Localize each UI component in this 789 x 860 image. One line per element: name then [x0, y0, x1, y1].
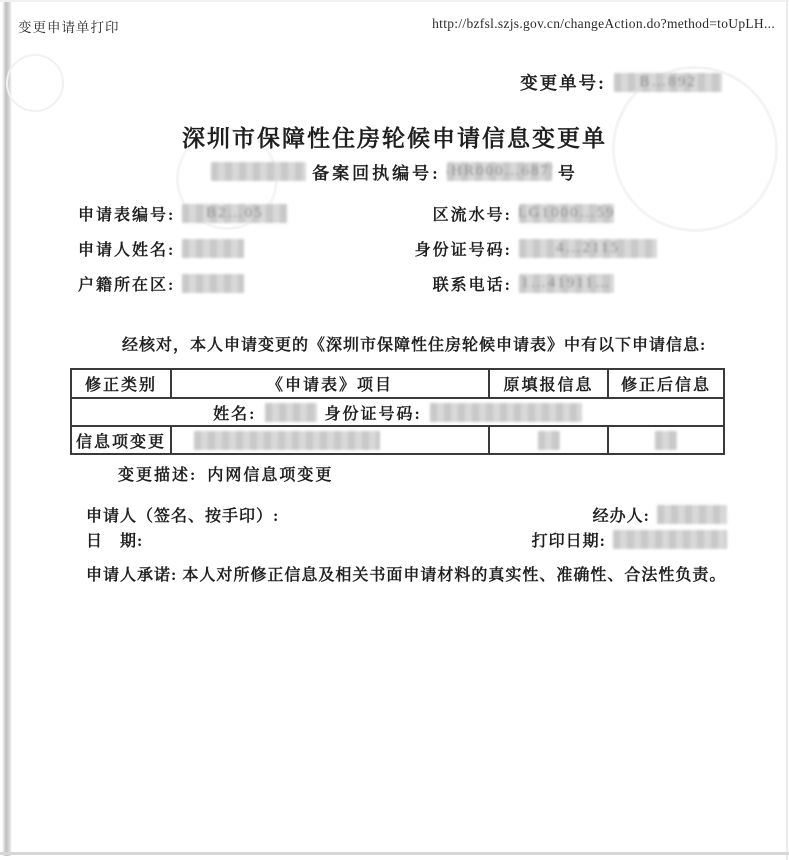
- field-label: 身份证号码:: [400, 237, 512, 260]
- change-number-value-redacted: B…892: [614, 73, 722, 92]
- applicant-signature-label: 申请人（签名、按手印）:: [86, 503, 279, 526]
- change-number-label: 变更单号:: [520, 70, 606, 95]
- field-label: 户籍所在区:: [78, 272, 175, 295]
- print-date-label: 打印日期:: [532, 528, 606, 551]
- header-application-item: 《申请表》项目: [171, 369, 489, 398]
- header-correction-category: 修正类别: [71, 369, 171, 398]
- table-change-row: 信息项变更: [71, 426, 724, 454]
- receipt-number-suffix: 号: [558, 159, 578, 184]
- identity-cell: 姓名: 身份证号码:: [71, 398, 724, 426]
- field-row: 户籍所在区: 联系电话: 1…41911…: [78, 272, 726, 307]
- intro-paragraph: 经核对，本人申请变更的《深圳市保障性住房轮候申请表》中有以下申请信息:: [122, 332, 706, 355]
- print-date-pair: 打印日期:: [532, 528, 727, 551]
- field-value-redacted: 4…2115: [519, 239, 657, 258]
- receipt-number-label: 备案回执编号:: [312, 159, 441, 184]
- scan-edge-top: [0, 0, 789, 2]
- table-identity-row: 姓名: 身份证号码:: [71, 398, 724, 426]
- field-value-redacted: 1…41911…: [519, 274, 614, 293]
- print-date-value-redacted: [613, 530, 727, 549]
- original-info-redacted: [538, 431, 560, 450]
- printed-change-form-page: 变更申请单打印 http://bzfsl.szjs.gov.cn/changeA…: [0, 0, 789, 860]
- print-header-title: 变更申请单打印: [18, 16, 120, 36]
- change-description-label: 变更描述:: [118, 462, 197, 485]
- field-value-redacted: LG1000…59: [519, 204, 614, 223]
- identity-name-redacted: [265, 403, 317, 422]
- field-label: 申请人姓名:: [78, 237, 175, 260]
- seal-ghost-artifact: [6, 54, 64, 112]
- corrected-info-cell: [608, 426, 724, 454]
- identity-id-label: 身份证号码:: [325, 401, 422, 424]
- operator-pair: 经办人:: [593, 503, 727, 526]
- identity-id-redacted: [430, 403, 582, 422]
- signature-row: 申请人（签名、按手印）: 经办人:: [86, 503, 727, 526]
- change-number-row: 变更单号: B…892: [520, 70, 722, 95]
- receipt-prefix-redacted: [211, 162, 306, 181]
- form-title: 深圳市保障性住房轮候申请信息变更单: [0, 120, 789, 153]
- operator-value-redacted: [657, 505, 727, 524]
- field-value-redacted: [182, 239, 244, 258]
- date-row: 日 期: 打印日期:: [86, 528, 727, 551]
- field-row: 申请人姓名: 身份证号码: 4…2115: [78, 237, 726, 272]
- corrected-info-redacted: [655, 431, 677, 450]
- scan-edge-bottom: [0, 852, 789, 855]
- receipt-number-value-redacted: BHR000…6875: [447, 162, 552, 181]
- field-value-redacted: B2…05: [182, 204, 287, 223]
- field-label: 区流水号:: [400, 202, 512, 225]
- field-row: 申请表编号: B2…05 区流水号: LG1000…59: [78, 202, 726, 237]
- header-original-info: 原填报信息: [489, 369, 608, 398]
- change-item-cell: [171, 426, 489, 454]
- print-header: 变更申请单打印 http://bzfsl.szjs.gov.cn/changeA…: [18, 16, 775, 36]
- field-label: 联系电话:: [400, 272, 512, 295]
- change-item-redacted: [194, 431, 380, 450]
- change-description-value: 内网信息项变更: [207, 462, 333, 485]
- applicant-info-fields: 申请表编号: B2…05 区流水号: LG1000…59 申请人姓名: 身份证号…: [78, 202, 726, 307]
- field-contact-phone: 联系电话: 1…41911…: [400, 272, 614, 295]
- applicant-promise: 申请人承诺: 本人对所修正信息及相关书面申请材料的真实性、准确性、合法性负责。: [86, 562, 726, 585]
- field-district-serial-no: 区流水号: LG1000…59: [400, 202, 614, 225]
- receipt-number-row: 备案回执编号: BHR000…6875 号: [0, 159, 789, 184]
- operator-label: 经办人:: [593, 503, 650, 526]
- date-label: 日 期:: [86, 528, 143, 551]
- field-value-redacted: [182, 274, 244, 293]
- change-description-row: 变更描述: 内网信息项变更: [118, 462, 333, 485]
- field-household-district: 户籍所在区:: [78, 272, 244, 295]
- original-info-cell: [489, 426, 608, 454]
- print-header-url: http://bzfsl.szjs.gov.cn/changeAction.do…: [432, 16, 775, 36]
- change-category-cell: 信息项变更: [71, 426, 171, 454]
- identity-name-label: 姓名:: [213, 401, 256, 424]
- change-table: 修正类别 《申请表》项目 原填报信息 修正后信息 姓名: 身份证号码: 信息项变…: [70, 368, 725, 455]
- field-label: 申请表编号:: [78, 202, 175, 225]
- table-header-row: 修正类别 《申请表》项目 原填报信息 修正后信息: [71, 369, 724, 398]
- field-applicant-name: 申请人姓名:: [78, 237, 244, 260]
- header-corrected-info: 修正后信息: [608, 369, 724, 398]
- field-application-form-no: 申请表编号: B2…05: [78, 202, 287, 225]
- field-id-number: 身份证号码: 4…2115: [400, 237, 657, 260]
